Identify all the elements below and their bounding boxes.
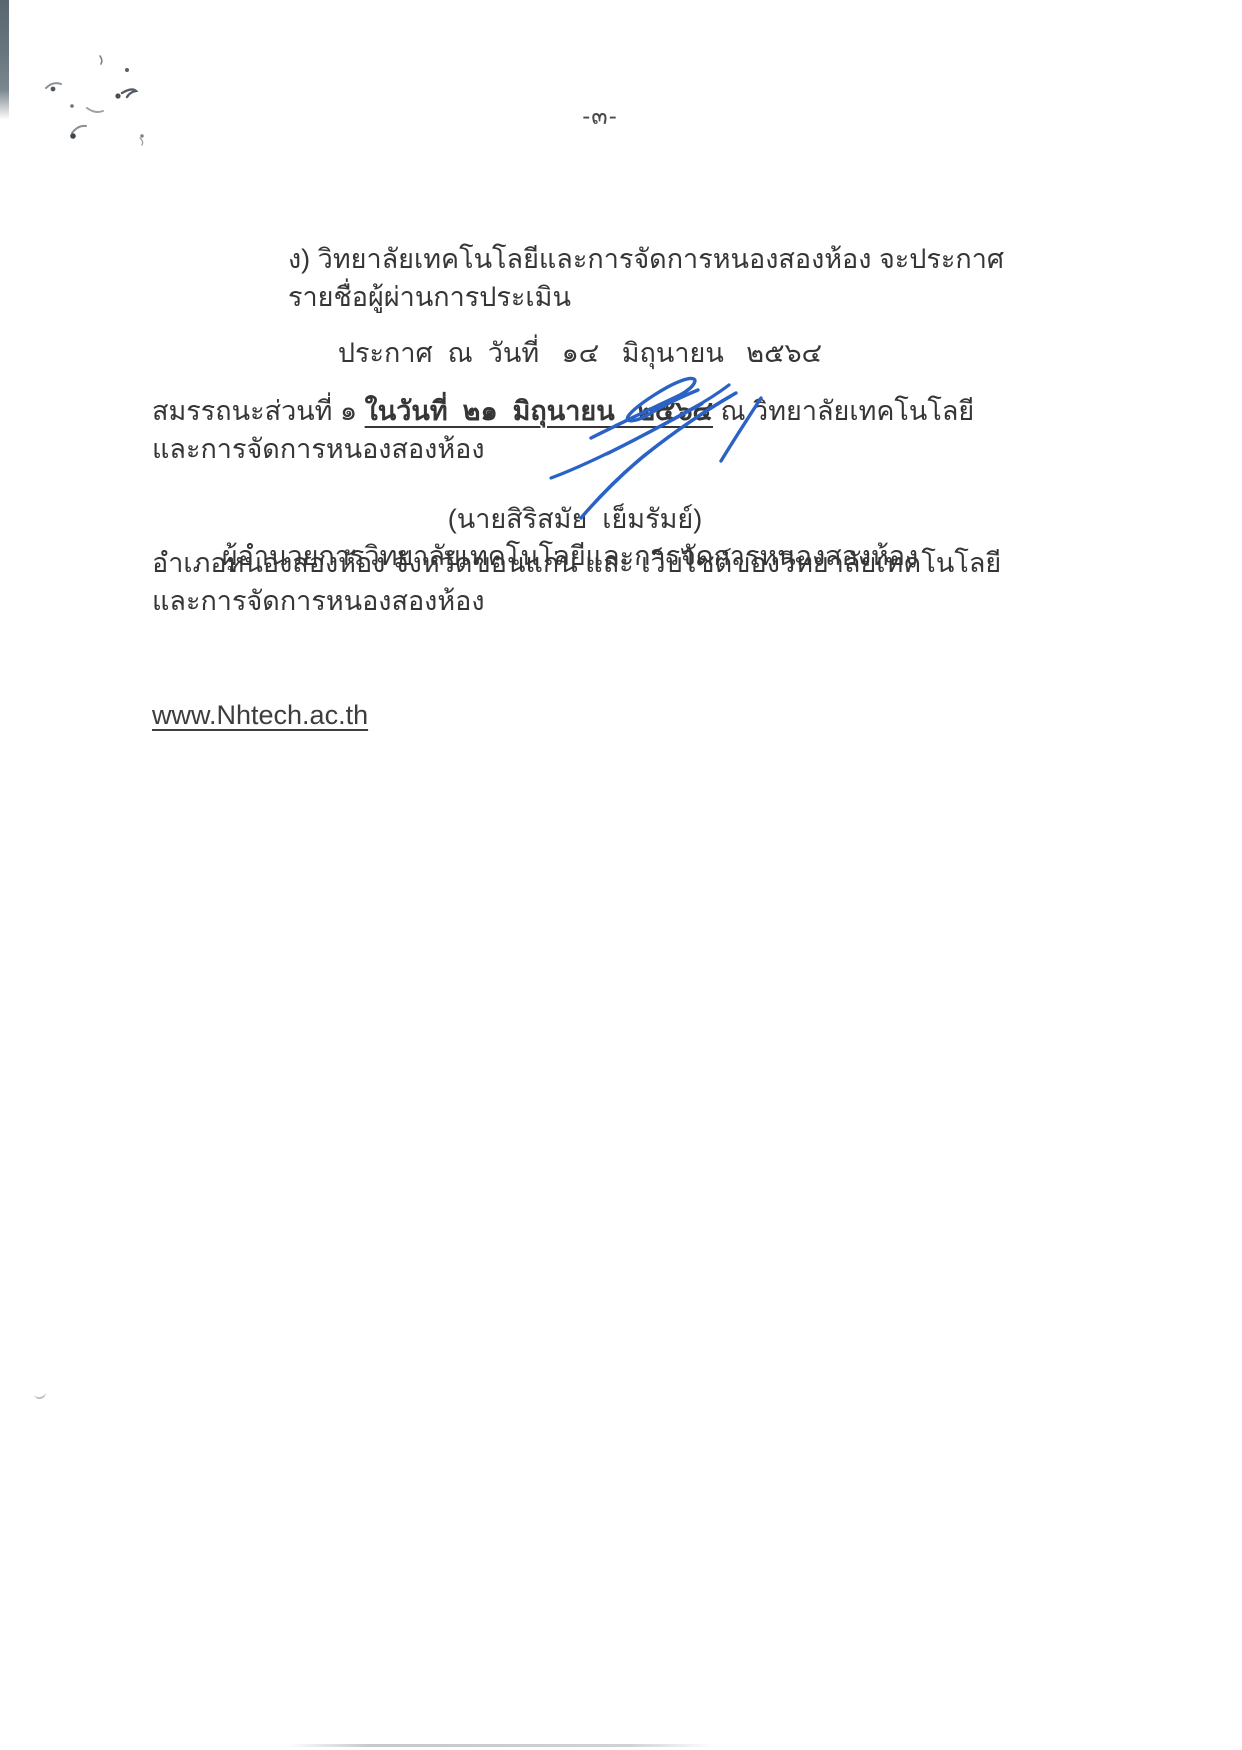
paragraph-line-2-pre: สมรรถนะส่วนที่ ๑ [152, 396, 365, 426]
paragraph-line-2: สมรรถนะส่วนที่ ๑ ในวันที่ ๒๑ มิถุนายน ๒๕… [152, 392, 1018, 468]
signer-name: (นายสิริสมัย เย็มรัมย์) [0, 497, 1150, 540]
scan-fleck-artifact [33, 1389, 47, 1400]
body-paragraph: ง) วิทยาลัยเทคโนโลยีและการจัดการหนองสองห… [152, 164, 1018, 810]
website-url: www.Nhtech.ac.th [152, 700, 368, 730]
document-page: -๓- ง) วิทยาลัยเทคโนโลยีและการจัดการหนอง… [0, 0, 1242, 1750]
paragraph-line-1-text: ง) วิทยาลัยเทคโนโลยีและการจัดการหนองสองห… [288, 244, 1004, 312]
page-number: -๓- [0, 96, 1200, 135]
scan-bottom-artifact [285, 1744, 715, 1747]
paragraph-line-4: www.Nhtech.ac.th [152, 696, 1018, 734]
signer-title: ผู้อำนวยการวิทยาลัยเทคโนโลยีและการจัดการ… [0, 534, 1140, 577]
underlined-exam-date: ในวันที่ ๒๑ มิถุนายน ๒๕๖๔ [365, 396, 713, 426]
paragraph-line-1: ง) วิทยาลัยเทคโนโลยีและการจัดการหนองสองห… [152, 240, 1018, 316]
announcement-date-line: ประกาศ ณ วันที่ ๑๔ มิถุนายน ๒๕๖๔ [0, 331, 1160, 374]
